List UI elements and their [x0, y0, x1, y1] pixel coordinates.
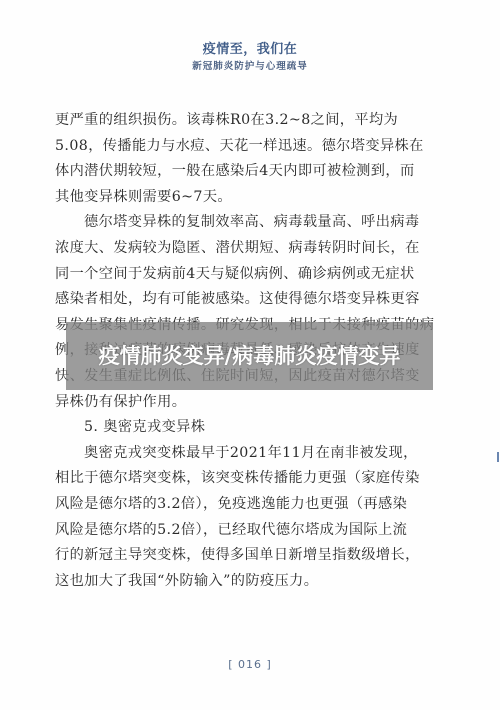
text-line: 风险是德尔塔的3.2倍），免疫逃逸能力也更强（再感染	[55, 492, 435, 518]
overlay-title: 疫情肺炎变异/病毒肺炎疫情变异	[80, 344, 420, 369]
text-line: 5.08，传播能力与水痘、天花一样迅速。德尔塔变异株在	[55, 134, 435, 160]
text-line: 这也加大了我国“外防输入”的防疫压力。	[55, 569, 435, 595]
text-line: 浓度大、发病较为隐匿、潜伏期短、病毒转阴时间长，在	[55, 236, 435, 262]
text-line: 异株仍有保护作用。	[55, 390, 435, 416]
text-line: 行的新冠主导突变株，使得多国单日新增呈指数级增长，	[55, 543, 435, 569]
text-line: 相比于德尔塔突变株，该突变株传播能力更强（家庭传染	[55, 466, 435, 492]
section-heading: 5. 奥密克戎变异株	[55, 415, 435, 441]
page-number: [ 016 ]	[0, 658, 500, 671]
text-line: 更严重的组织损伤。该毒株R0在3.2~8之间，平均为	[55, 108, 435, 134]
document-page: 疫情至，我们在 新冠肺炎防护与心理疏导 更严重的组织损伤。该毒株R0在3.2~8…	[0, 0, 500, 710]
paragraph-start-line: 奥密克戎突变株最早于2021年11月在南非被发现，	[55, 441, 435, 467]
page-edge-mark	[497, 452, 499, 462]
text-line: 风险是德尔塔的5.2倍），已经取代德尔塔成为国际上流	[55, 518, 435, 544]
book-subtitle: 新冠肺炎防护与心理疏导	[0, 61, 500, 73]
text-line: 感染者相处，均有可能被感染。这使得德尔塔变异株更容	[55, 287, 435, 313]
caption-overlay: 疫情肺炎变异/病毒肺炎疫情变异	[66, 322, 433, 390]
text-line: 其他变异株则需要6~7天。	[55, 185, 435, 211]
text-line: 体内潜伏期较短，一般在感染后4天内即可被检测到，而	[55, 159, 435, 185]
text-line: 同一个空间于发病前4天与疑似病例、确诊病例或无症状	[55, 262, 435, 288]
paragraph-start-line: 德尔塔变异株的复制效率高、病毒载量高、呼出病毒	[55, 210, 435, 236]
book-title: 疫情至，我们在	[0, 42, 500, 58]
page-header: 疫情至，我们在 新冠肺炎防护与心理疏导	[0, 42, 500, 73]
